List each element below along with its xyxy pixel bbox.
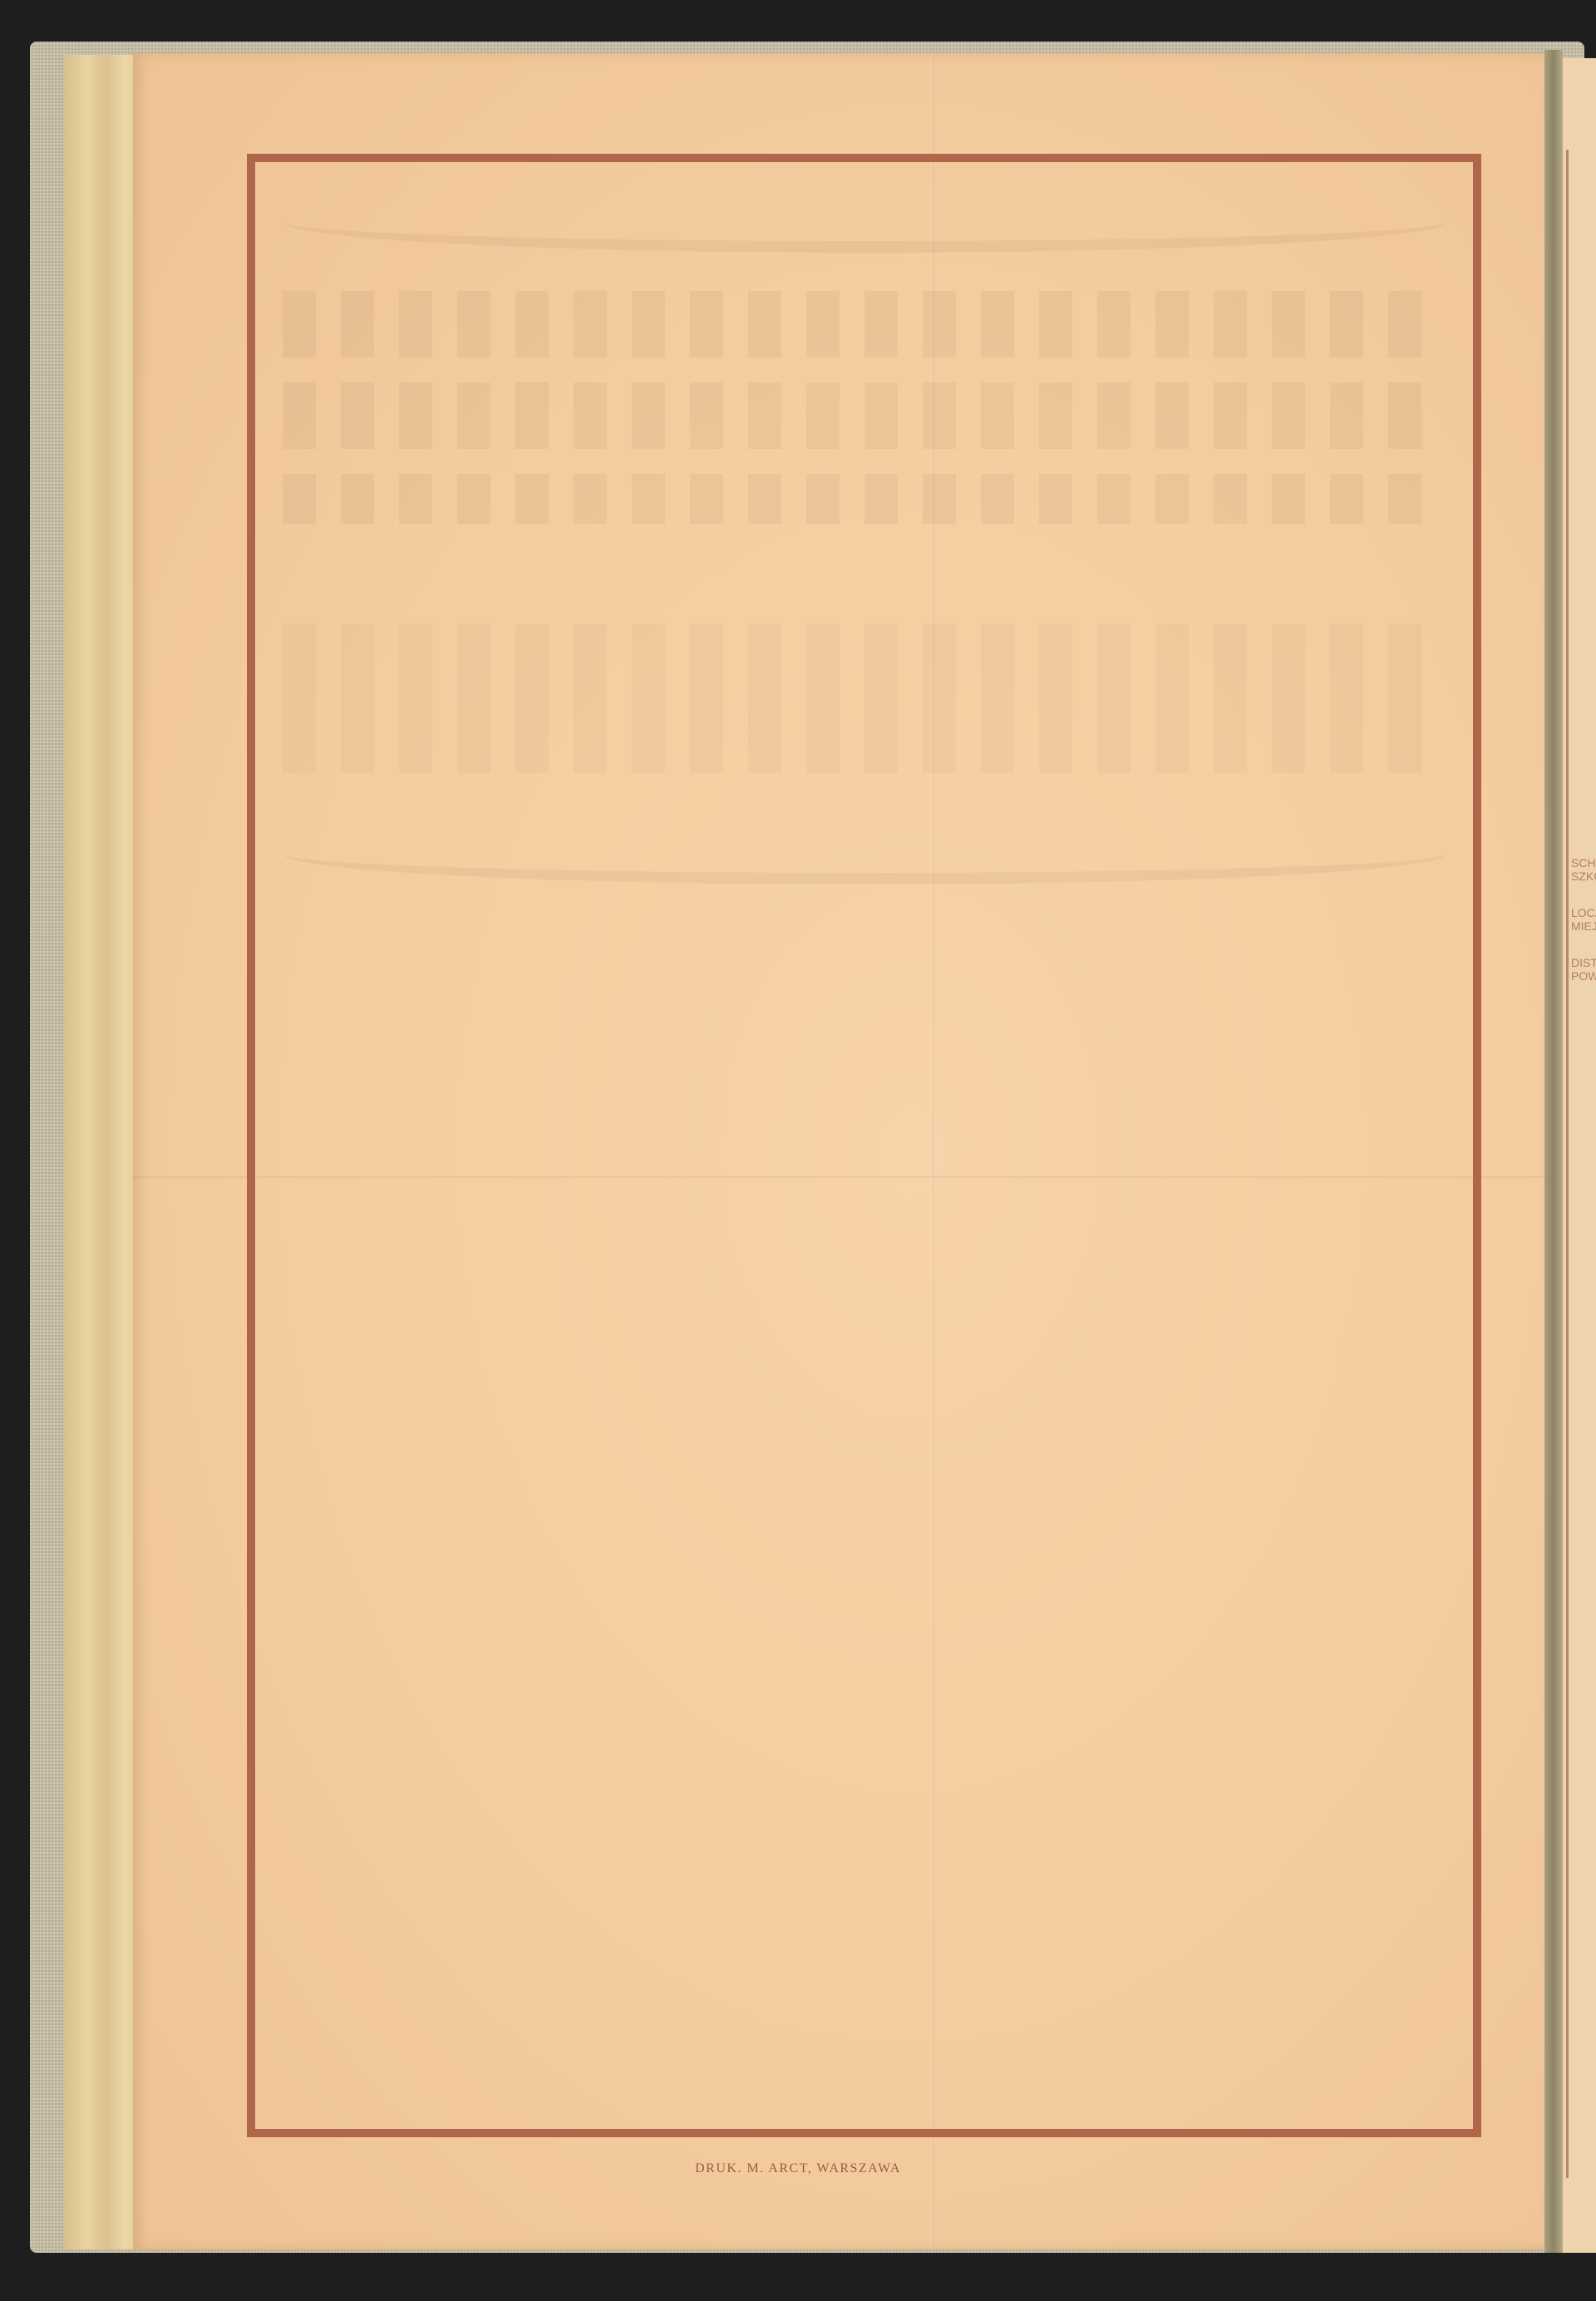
adjacent-fragment: DISTR bbox=[1571, 956, 1596, 969]
printer-imprint: DRUK. M. ARCT, WARSZAWA bbox=[0, 2161, 1596, 2176]
adjacent-page-edge: SCHO SZKO LOCA MIEJS DISTR POW bbox=[1563, 58, 1596, 2253]
adjacent-fragment: MIEJS bbox=[1571, 919, 1596, 933]
adjacent-page-border bbox=[1566, 150, 1569, 2178]
adjacent-fragment: SCHO bbox=[1571, 856, 1596, 870]
adjacent-fragment: SZKO bbox=[1571, 870, 1596, 883]
page-edges bbox=[65, 55, 140, 2249]
adjacent-fragment: POW bbox=[1571, 969, 1596, 983]
book-gutter bbox=[1544, 50, 1563, 2253]
adjacent-fragment: LOCA bbox=[1571, 906, 1596, 919]
page-border-frame bbox=[247, 154, 1481, 2137]
